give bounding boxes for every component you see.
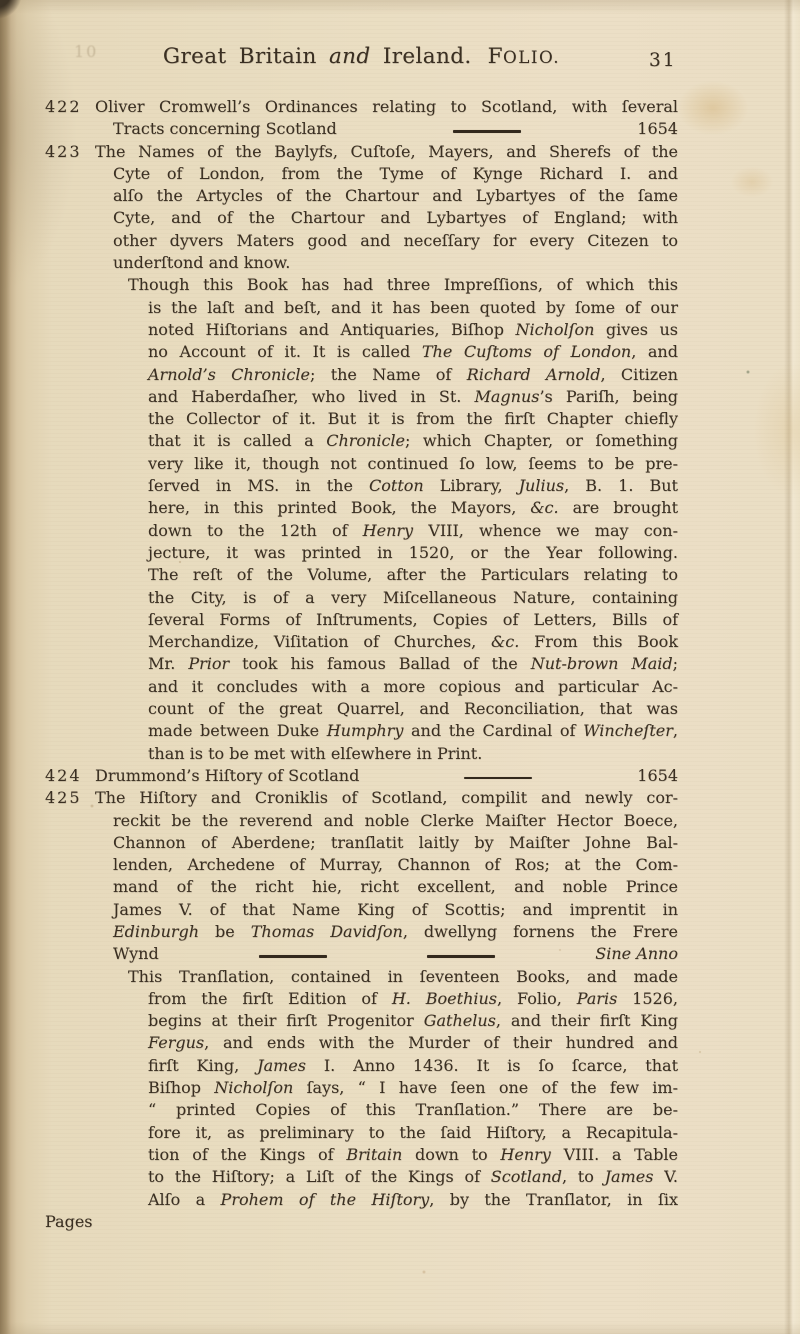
text-line: here, in this printed Book, the Mayors, …	[45, 497, 678, 519]
text-segment: , and ends with the Murder of their hund…	[204, 1033, 678, 1052]
italic-text: H. Boethius	[392, 989, 497, 1008]
text-segment: The Hiſtory and Croniklis of Scotland, c…	[95, 788, 678, 807]
italic-text: Sine Anno	[595, 944, 678, 963]
text-segment: Though this Book has had three Impreſſio…	[128, 275, 678, 294]
text-segment: and it concludes with a more copious and…	[148, 677, 678, 696]
italic-text: &c.	[491, 632, 519, 651]
italic-text: Chronicle	[326, 431, 405, 450]
italic-text: &c.	[530, 498, 558, 517]
text-segment: Merchandize, Viſitation of Churches,	[148, 632, 491, 651]
text-line: from the firſt Edition of H. Boethius, F…	[45, 988, 678, 1010]
text-segment: Tracts concerning Scotland	[113, 119, 337, 138]
text-line: Alſo a Prohem of the Hiſtory, by the Tra…	[45, 1189, 678, 1211]
catchword: Pages	[45, 1211, 678, 1233]
text-segment: From this Book	[519, 632, 678, 651]
entry-title: Wynd	[113, 943, 159, 965]
text-line: Biſhop Nicholſon ſays, “ I have ſeen one…	[45, 1077, 678, 1099]
text-segment: , Citizen	[600, 365, 678, 384]
header-title-part: Great Britain	[163, 44, 329, 69]
dash-rule	[464, 777, 532, 780]
text-line: noted Hiſtorians and Antiquaries, Biſhop…	[45, 319, 678, 341]
italic-text: Prior	[188, 654, 229, 673]
text-segment: , B. 1. But	[564, 476, 678, 495]
dash-rule	[453, 130, 521, 133]
italic-text: Henry	[500, 1145, 550, 1164]
catalog-text-block: 422Oliver Cromwell’s Ordinances relating…	[45, 96, 678, 1233]
text-segment: ſeveral Forms of Inſtruments, Copies of …	[148, 610, 678, 629]
italic-text: Nicholſon	[214, 1078, 293, 1097]
catalog-entry-line: 423The Names of the Baylyfs, Cuſtoſe, Ma…	[45, 141, 678, 163]
text-line: made between Duke Humphry and the Cardin…	[45, 720, 678, 742]
text-segment: other dyvers Maters good and neceſſary f…	[113, 231, 678, 250]
text-line: Mr. Prior took his famous Ballad of the …	[45, 653, 678, 675]
text-segment: no Account of it. It is called	[148, 342, 422, 361]
text-segment: Alſo a	[148, 1190, 221, 1209]
text-line: no Account of it. It is called The Cuſto…	[45, 341, 678, 363]
text-line: alſo the Artycles of the Chartour and Ly…	[45, 185, 678, 207]
italic-text: James	[257, 1056, 306, 1075]
text-segment: are brought	[559, 498, 678, 517]
text-line: the City, is of a very Miſcellaneous Nat…	[45, 587, 678, 609]
text-segment: , by the Tranſlator, in ſix	[429, 1190, 678, 1209]
italic-text: Julius	[519, 476, 564, 495]
text-line: count of the great Quarrel, and Reconcil…	[45, 698, 678, 720]
text-segment: took his famous Ballad of the	[229, 654, 531, 673]
text-segment: The Names of the Baylyfs, Cuſtoſe, Mayer…	[95, 142, 678, 161]
text-segment: ; the Name of	[310, 365, 467, 384]
text-segment: count of the great Quarrel, and Reconcil…	[148, 699, 678, 718]
text-line: ſerved in MS. in the Cotton Library, Jul…	[45, 475, 678, 497]
text-segment: gives us	[594, 320, 678, 339]
entry-number: 423	[45, 141, 91, 163]
text-line: “ printed Copies of this Tranſlation.” T…	[45, 1099, 678, 1121]
text-segment: ; which Chapter, or ſomething	[405, 431, 678, 450]
entry-date: 1654	[637, 118, 678, 140]
text-line: Cyte of London, from the Tyme of Kynge R…	[45, 163, 678, 185]
italic-text: Britain	[346, 1145, 402, 1164]
italic-text: Wincheſter	[583, 721, 673, 740]
text-segment: and the Cardinal of	[403, 721, 583, 740]
text-segment: from the firſt Edition of	[148, 989, 392, 1008]
running-header: Great Britain and Ireland.FOLIO.	[45, 44, 678, 69]
text-segment: firſt King,	[148, 1056, 257, 1075]
text-line: mand of the richt hie, richt excellent, …	[45, 876, 678, 898]
text-segment: VIII, whence we may con-	[413, 521, 678, 540]
text-segment: down to	[402, 1145, 500, 1164]
text-segment: reckit be the reverend and noble Clerke …	[113, 811, 678, 830]
text-segment: than is to be met with elſewhere in Prin…	[148, 744, 482, 763]
text-segment: 1526,	[617, 989, 678, 1008]
text-segment: ,	[673, 721, 678, 740]
text-segment: Cyte of London, from the Tyme of Kynge R…	[113, 164, 678, 183]
italic-text: Magnus	[474, 387, 539, 406]
text-line: firſt King, James I. Anno 1436. It is ſo…	[45, 1055, 678, 1077]
text-segment: , to	[562, 1167, 605, 1186]
italic-text: Gathelus	[424, 1011, 496, 1030]
text-line: ſeveral Forms of Inſtruments, Copies of …	[45, 609, 678, 631]
text-line: that it is called a Chronicle; which Cha…	[45, 430, 678, 452]
dash-rule	[427, 955, 495, 958]
text-segment: Biſhop	[148, 1078, 214, 1097]
text-segment: Channon of Aberdene; tranſlatit laitly b…	[113, 833, 678, 852]
text-segment: begins at their firſt Progenitor	[148, 1011, 424, 1030]
text-segment: be	[199, 922, 251, 941]
text-segment: down to the 12th of	[148, 521, 363, 540]
italic-text: Prohem of the Hiſtory	[221, 1190, 430, 1209]
italic-text: Paris	[577, 989, 618, 1008]
text-segment: The reſt of the Volume, after the Partic…	[148, 565, 678, 584]
text-line: begins at their firſt Progenitor Gathelu…	[45, 1010, 678, 1032]
text-line: The reſt of the Volume, after the Partic…	[45, 564, 678, 586]
text-segment: , and their firſt King	[496, 1011, 678, 1030]
text-line: James V. of that Name King of Scottis; a…	[45, 899, 678, 921]
text-segment: that it is called a	[148, 431, 326, 450]
text-segment: , dwellyng fornens the Frere	[403, 922, 678, 941]
entry-title: Drummond’s Hiſtory of Scotland	[95, 765, 359, 787]
text-segment: Oliver Cromwell’s Ordinances relating to…	[95, 97, 678, 116]
italic-text: Henry	[363, 521, 413, 540]
text-line: Merchandize, Viſitation of Churches, &c.…	[45, 631, 678, 653]
text-line: and Haberdaſher, who lived in St. Magnus…	[45, 386, 678, 408]
text-line: Tracts concerning Scotland1654	[45, 118, 678, 140]
text-segment: ſerved in MS. in the	[148, 476, 369, 495]
text-line: Fergus, and ends with the Murder of thei…	[45, 1032, 678, 1054]
text-segment: Wynd	[113, 944, 159, 963]
italic-text: Humphry	[327, 721, 404, 740]
text-segment: , Folio,	[497, 989, 577, 1008]
text-segment: to the Hiſtory; a Liſt of the Kings of	[148, 1167, 491, 1186]
text-segment: ’s Pariſh, being	[539, 387, 678, 406]
text-segment: here, in this printed Book, the Mayors,	[148, 498, 530, 517]
text-line: underſtond and know.	[45, 252, 678, 274]
text-segment: fore it, as preliminary to the ſaid Hiſt…	[148, 1123, 678, 1142]
text-segment: made between Duke	[148, 721, 327, 740]
text-segment: very like it, though not continued ſo lo…	[148, 454, 678, 473]
catalog-entry-line: 425The Hiſtory and Croniklis of Scotland…	[45, 787, 678, 809]
page-number: 31	[649, 50, 677, 71]
text-segment: noted Hiſtorians and Antiquaries, Biſhop	[148, 320, 515, 339]
italic-text: Thomas Davidſon	[251, 922, 403, 941]
folio-capital: F	[488, 44, 503, 69]
catalog-entry-line: 422Oliver Cromwell’s Ordinances relating…	[45, 96, 678, 118]
text-segment: tion of the Kings of	[148, 1145, 346, 1164]
text-line: is the laſt and beſt, and it has been qu…	[45, 297, 678, 319]
italic-text: James	[605, 1167, 654, 1186]
text-line: fore it, as preliminary to the ſaid Hiſt…	[45, 1122, 678, 1144]
text-line: Channon of Aberdene; tranſlatit laitly b…	[45, 832, 678, 854]
text-segment: underſtond and know.	[113, 253, 290, 272]
text-line: Edinburgh be Thomas Davidſon, dwellyng f…	[45, 921, 678, 943]
text-segment: I. Anno 1436. It is ſo ſcarce, that	[306, 1056, 678, 1075]
entry-date: 1654	[637, 765, 678, 787]
italic-text: Nut-brown Maid	[531, 654, 673, 673]
text-line: than is to be met with elſewhere in Prin…	[45, 743, 678, 765]
italic-text: Nicholſon	[515, 320, 594, 339]
text-segment: Library,	[424, 476, 519, 495]
header-title-and: and	[329, 44, 371, 69]
italic-text: The Cuſtoms of London	[422, 342, 631, 361]
text-segment: alſo the Artycles of the Chartour and Ly…	[113, 186, 678, 205]
text-line: and it concludes with a more copious and…	[45, 676, 678, 698]
entry-date: Sine Anno	[595, 943, 678, 965]
text-segment: “ printed Copies of this Tranſlation.” T…	[148, 1100, 678, 1119]
text-line: very like it, though not continued ſo lo…	[45, 453, 678, 475]
text-segment: is the laſt and beſt, and it has been qu…	[148, 298, 678, 317]
entry-number: 422	[45, 96, 91, 118]
text-line: reckit be the reverend and noble Clerke …	[45, 810, 678, 832]
text-segment: 1654	[637, 119, 678, 138]
text-line: Arnold’s Chronicle; the Name of Richard …	[45, 364, 678, 386]
entry-number: 424	[45, 765, 91, 787]
header-folio-label: FOLIO.	[488, 44, 560, 69]
text-segment: This Tranſlation, contained in ſeventeen…	[128, 967, 678, 986]
italic-text: Fergus	[148, 1033, 204, 1052]
text-line: lenden, Archedene of Murray, Channon of …	[45, 854, 678, 876]
text-segment: Cyte, and of the Chartour and Lybartyes …	[113, 208, 678, 227]
text-segment: Pages	[45, 1212, 93, 1231]
text-segment: Mr.	[148, 654, 188, 673]
text-segment: , and	[631, 342, 678, 361]
text-line: to the Hiſtory; a Liſt of the Kings of S…	[45, 1166, 678, 1188]
text-segment: ;	[673, 654, 678, 673]
italic-text: Edinburgh	[113, 922, 199, 941]
italic-text: Arnold’s Chronicle	[148, 365, 310, 384]
text-line: the Collector of it. But it is from the …	[45, 408, 678, 430]
header-title-part: Ireland.	[371, 44, 472, 69]
text-line: jecture, it was printed in 1520, or the …	[45, 542, 678, 564]
catalog-entry-line: 424Drummond’s Hiſtory of Scotland1654	[45, 765, 678, 787]
text-line: Cyte, and of the Chartour and Lybartyes …	[45, 207, 678, 229]
book-page: 10 Great Britain and Ireland.FOLIO. 31 4…	[0, 0, 800, 1334]
text-segment: James V. of that Name King of Scottis; a…	[113, 900, 678, 919]
text-line: Though this Book has had three Impreſſio…	[45, 274, 678, 296]
dash-rule	[259, 955, 327, 958]
text-segment: ſays, “ I have ſeen one of the few im-	[293, 1078, 678, 1097]
text-line: tion of the Kings of Britain down to Hen…	[45, 1144, 678, 1166]
text-line: WyndSine Anno	[45, 943, 678, 965]
text-line: down to the 12th of Henry VIII, whence w…	[45, 520, 678, 542]
text-segment: the City, is of a very Miſcellaneous Nat…	[148, 588, 678, 607]
text-segment: lenden, Archedene of Murray, Channon of …	[113, 855, 678, 874]
italic-text: Scotland	[491, 1167, 562, 1186]
text-segment: mand of the richt hie, richt excellent, …	[113, 877, 678, 896]
italic-text: Richard Arnold	[467, 365, 601, 384]
entry-title: Tracts concerning Scotland	[113, 118, 337, 140]
text-line: This Tranſlation, contained in ſeventeen…	[45, 966, 678, 988]
text-segment: Drummond’s Hiſtory of Scotland	[95, 766, 359, 785]
entry-number: 425	[45, 787, 91, 809]
italic-text: Cotton	[369, 476, 424, 495]
text-segment: and Haberdaſher, who lived in St.	[148, 387, 474, 406]
text-segment: 1654	[637, 766, 678, 785]
text-segment: jecture, it was printed in 1520, or the …	[148, 543, 678, 562]
text-segment: VIII. a Table	[551, 1145, 678, 1164]
text-line: other dyvers Maters good and neceſſary f…	[45, 230, 678, 252]
text-segment: V.	[653, 1167, 678, 1186]
folio-smallcaps: OLIO.	[503, 47, 560, 67]
text-segment: the Collector of it. But it is from the …	[148, 409, 678, 428]
